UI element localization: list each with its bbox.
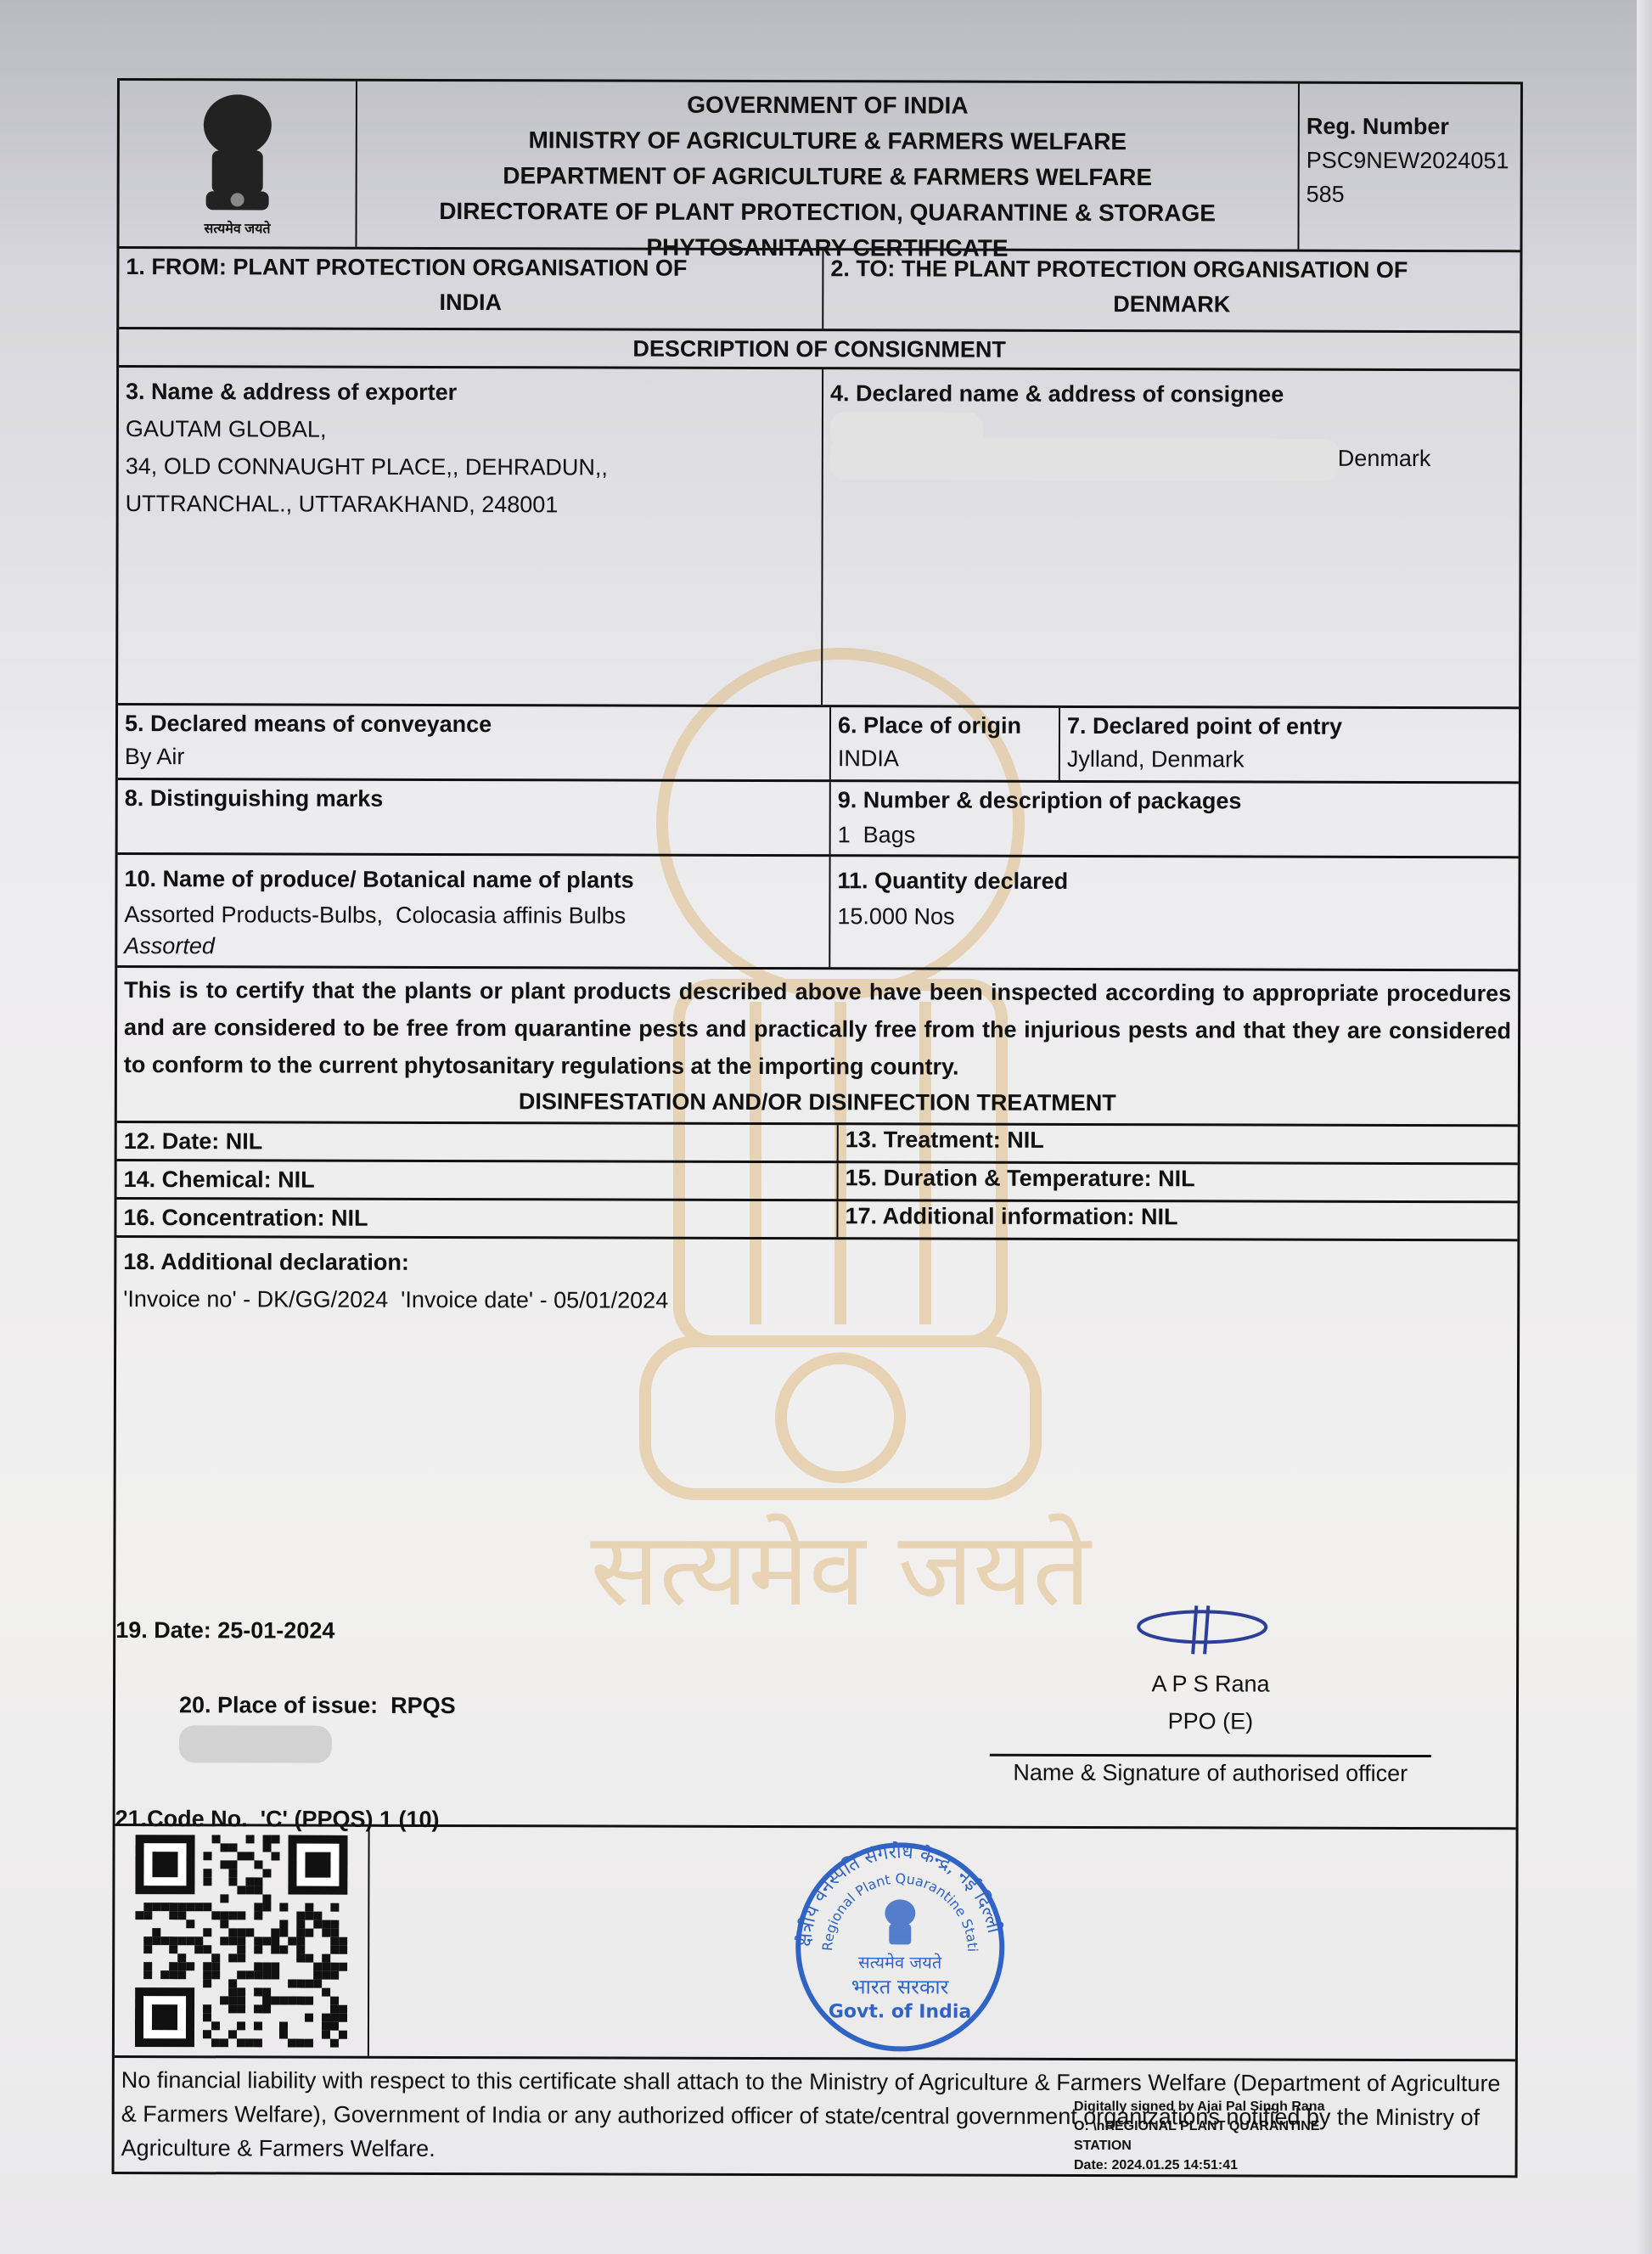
consignee-cell: 4. Declared name & address of consignee … [823,369,1520,706]
officer-name: A P S Rana [1126,1665,1295,1703]
exporter-consignee-row: 3. Name & address of exporter GAUTAM GLO… [118,368,1520,709]
issue-place-text: 20. Place of issue: RPQS [179,1692,456,1718]
declaration-value: 'Invoice no' - DK/GG/2024 'Invoice date'… [123,1280,1510,1321]
certification-block: This is to certify that the plants or pl… [117,968,1518,1124]
reg-number-value-cont: 585 [1306,177,1514,212]
produce-quantity-row: 10. Name of produce/ Botanical name of p… [117,855,1518,971]
treatment-row-2: 14. Chemical: NIL 15. Duration & Tempera… [117,1161,1518,1203]
officer-title: PPO (E) [1126,1702,1295,1740]
quantity-cell: 11. Quantity declared 15.000 Nos [830,857,1518,969]
origin-value: INDIA [838,745,1052,773]
consignee-redacted: Denmark [830,412,1513,481]
treatment-chemical: 14. Chemical: NIL [117,1161,839,1199]
treatment-type: 13. Treatment: NIL [839,1125,1518,1162]
issue-place: 20. Place of issue: RPQS [115,1649,456,1801]
official-stamp-icon: क्षेत्रीय वनस्पति संगरोध केन्द्र, नई दिल… [785,1832,1015,2054]
reg-number-value: PSC9NEW2024051 [1306,143,1514,178]
to-value: DENMARK [830,290,1513,318]
digital-signature-org-cont: STATION [1074,2136,1324,2156]
reg-number-label: Reg. Number [1306,110,1514,144]
stamp-motto: सत्यमेव जयते [858,1952,942,1972]
exporter-label: 3. Name & address of exporter [126,373,815,412]
digital-signature-org: O: \nREGIONAL PLANT QUARANTINE [1074,2116,1324,2136]
treatment-additional-info: 17. Additional information: NIL [838,1201,1517,1239]
origin-label: 6. Place of origin [838,712,1052,739]
treatment-duration: 15. Duration & Temperature: NIL [839,1163,1518,1200]
produce-value: Assorted Products-Bulbs, Colocasia affin… [124,897,822,933]
consignee-label: 4. Declared name & address of consignee [830,374,1513,413]
treatment-concentration: 16. Concentration: NIL [116,1200,838,1237]
redaction-box [830,437,1340,481]
header-line: DEPARTMENT OF AGRICULTURE & FARMERS WELF… [364,158,1291,196]
exporter-address-2: UTTRANCHAL., UTTARAKHAND, 248001 [126,485,815,524]
marks-packages-row: 8. Distinguishing marks 9. Number & desc… [118,780,1519,858]
declaration-issue-block: 18. Additional declaration: 'Invoice no'… [115,1238,1518,1830]
qr-cell [115,1826,370,2056]
header-title-block: GOVERNMENT OF INDIA MINISTRY OF AGRICULT… [357,82,1300,250]
reg-number-cell: Reg. Number PSC9NEW2024051 585 [1299,84,1520,250]
packages-cell: 9. Number & description of packages 1 Ba… [831,782,1519,856]
national-emblem-icon [191,91,284,218]
produce-value-2: Assorted [124,931,822,962]
entry-value: Jylland, Denmark [1067,746,1512,773]
phytosanitary-certificate: सत्यमेव जयते GOVERNMENT OF INDIA MINISTR… [112,78,1523,2178]
marks-cell: 8. Distinguishing marks [118,780,831,854]
quantity-value: 15.000 Nos [837,899,1511,935]
page-edge [1637,0,1652,2254]
exporter-address-1: 34, OLD CONNAUGHT PLACE,, DEHRADUN,, [126,447,815,486]
stamp-hindi: भारत सरकार [851,1975,950,1998]
header-line: GOVERNMENT OF INDIA [364,87,1291,125]
to-cell: 2. TO: THE PLANT PROTECTION ORGANISATION… [823,250,1520,330]
header-line: MINISTRY OF AGRICULTURE & FARMERS WELFAR… [364,122,1291,160]
consignment-heading-text: DESCRIPTION OF CONSIGNMENT [632,335,1006,363]
qr-stamp-row: क्षेत्रीय वनस्पति संगरोध केन्द्र, नई दिल… [115,1826,1516,2061]
stamp-cell: क्षेत्रीय वनस्पति संगरोध केन्द्र, नई दिल… [369,1827,1516,2060]
signature-line [990,1754,1431,1757]
treatment-row-1: 12. Date: NIL 13. Treatment: NIL [117,1123,1518,1165]
issue-date: 19. Date: 25-01-2024 [115,1611,456,1650]
conveyance-cell: 5. Declared means of conveyance By Air [118,705,831,779]
digital-signature-block: Digitally signed by Ajai Pal Singh Rana … [1074,2097,1324,2175]
declaration-cell: 18. Additional declaration: 'Invoice no'… [115,1238,1518,1827]
from-cell: 1. FROM: PLANT PROTECTION ORGANISATION O… [119,249,823,329]
conveyance-row: 5. Declared means of conveyance By Air 6… [118,705,1519,784]
entry-label: 7. Declared point of entry [1067,713,1512,740]
exporter-cell: 3. Name & address of exporter GAUTAM GLO… [118,368,823,705]
packages-value: 1 Bags [838,822,1512,850]
from-to-row: 1. FROM: PLANT PROTECTION ORGANISATION O… [119,249,1520,333]
marks-label: 8. Distinguishing marks [125,785,823,813]
quantity-label: 11. Quantity declared [837,862,1511,901]
handwritten-signature-icon [1130,1601,1274,1661]
exporter-name: GAUTAM GLOBAL, [126,410,815,449]
stamp-english: Govt. of India [829,2001,971,2022]
from-value: INDIA [126,289,815,317]
officer-caption: Name & Signature of authorised officer [990,1760,1431,1787]
certificate-header: सत्यमेव जयते GOVERNMENT OF INDIA MINISTR… [119,81,1520,252]
to-label: 2. TO: THE PLANT PROTECTION ORGANISATION… [830,256,1513,284]
declaration-label: 18. Additional declaration: [123,1243,1510,1284]
emblem-motto: सत्यमेव जयते [205,218,271,237]
treatment-heading: DISINFESTATION AND/OR DISINFECTION TREAT… [124,1083,1511,1121]
consignee-country: Denmark [1338,446,1431,472]
redaction-box [179,1725,332,1762]
digital-signature-signer: Digitally signed by Ajai Pal Singh Rana [1074,2097,1324,2116]
from-label: 1. FROM: PLANT PROTECTION ORGANISATION O… [126,254,815,282]
treatment-date: 12. Date: NIL [117,1123,839,1161]
qr-code-icon[interactable] [135,1835,348,2048]
digital-signature-date: Date: 2024.01.25 14:51:41 [1074,2156,1324,2175]
emblem-cell: सत्यमेव जयते [119,81,357,247]
produce-label: 10. Name of produce/ Botanical name of p… [124,860,822,899]
header-line: DIRECTORATE OF PLANT PROTECTION, QUARANT… [364,194,1291,232]
officer-block: A P S Rana PPO (E) [1126,1665,1295,1740]
issue-details: 19. Date: 25-01-2024 20. Place of issue:… [115,1611,456,1838]
certification-text: This is to certify that the plants or pl… [124,971,1511,1087]
conveyance-label: 5. Declared means of conveyance [125,711,823,739]
entry-cell: 7. Declared point of entry Jylland, Denm… [1060,708,1519,781]
conveyance-value: By Air [125,744,823,772]
produce-cell: 10. Name of produce/ Botanical name of p… [117,855,830,967]
origin-cell: 6. Place of origin INDIA [831,707,1060,780]
packages-label: 9. Number & description of packages [838,787,1512,815]
treatment-row-3: 16. Concentration: NIL 17. Additional in… [116,1200,1517,1241]
consignment-heading: DESCRIPTION OF CONSIGNMENT [119,329,1520,371]
